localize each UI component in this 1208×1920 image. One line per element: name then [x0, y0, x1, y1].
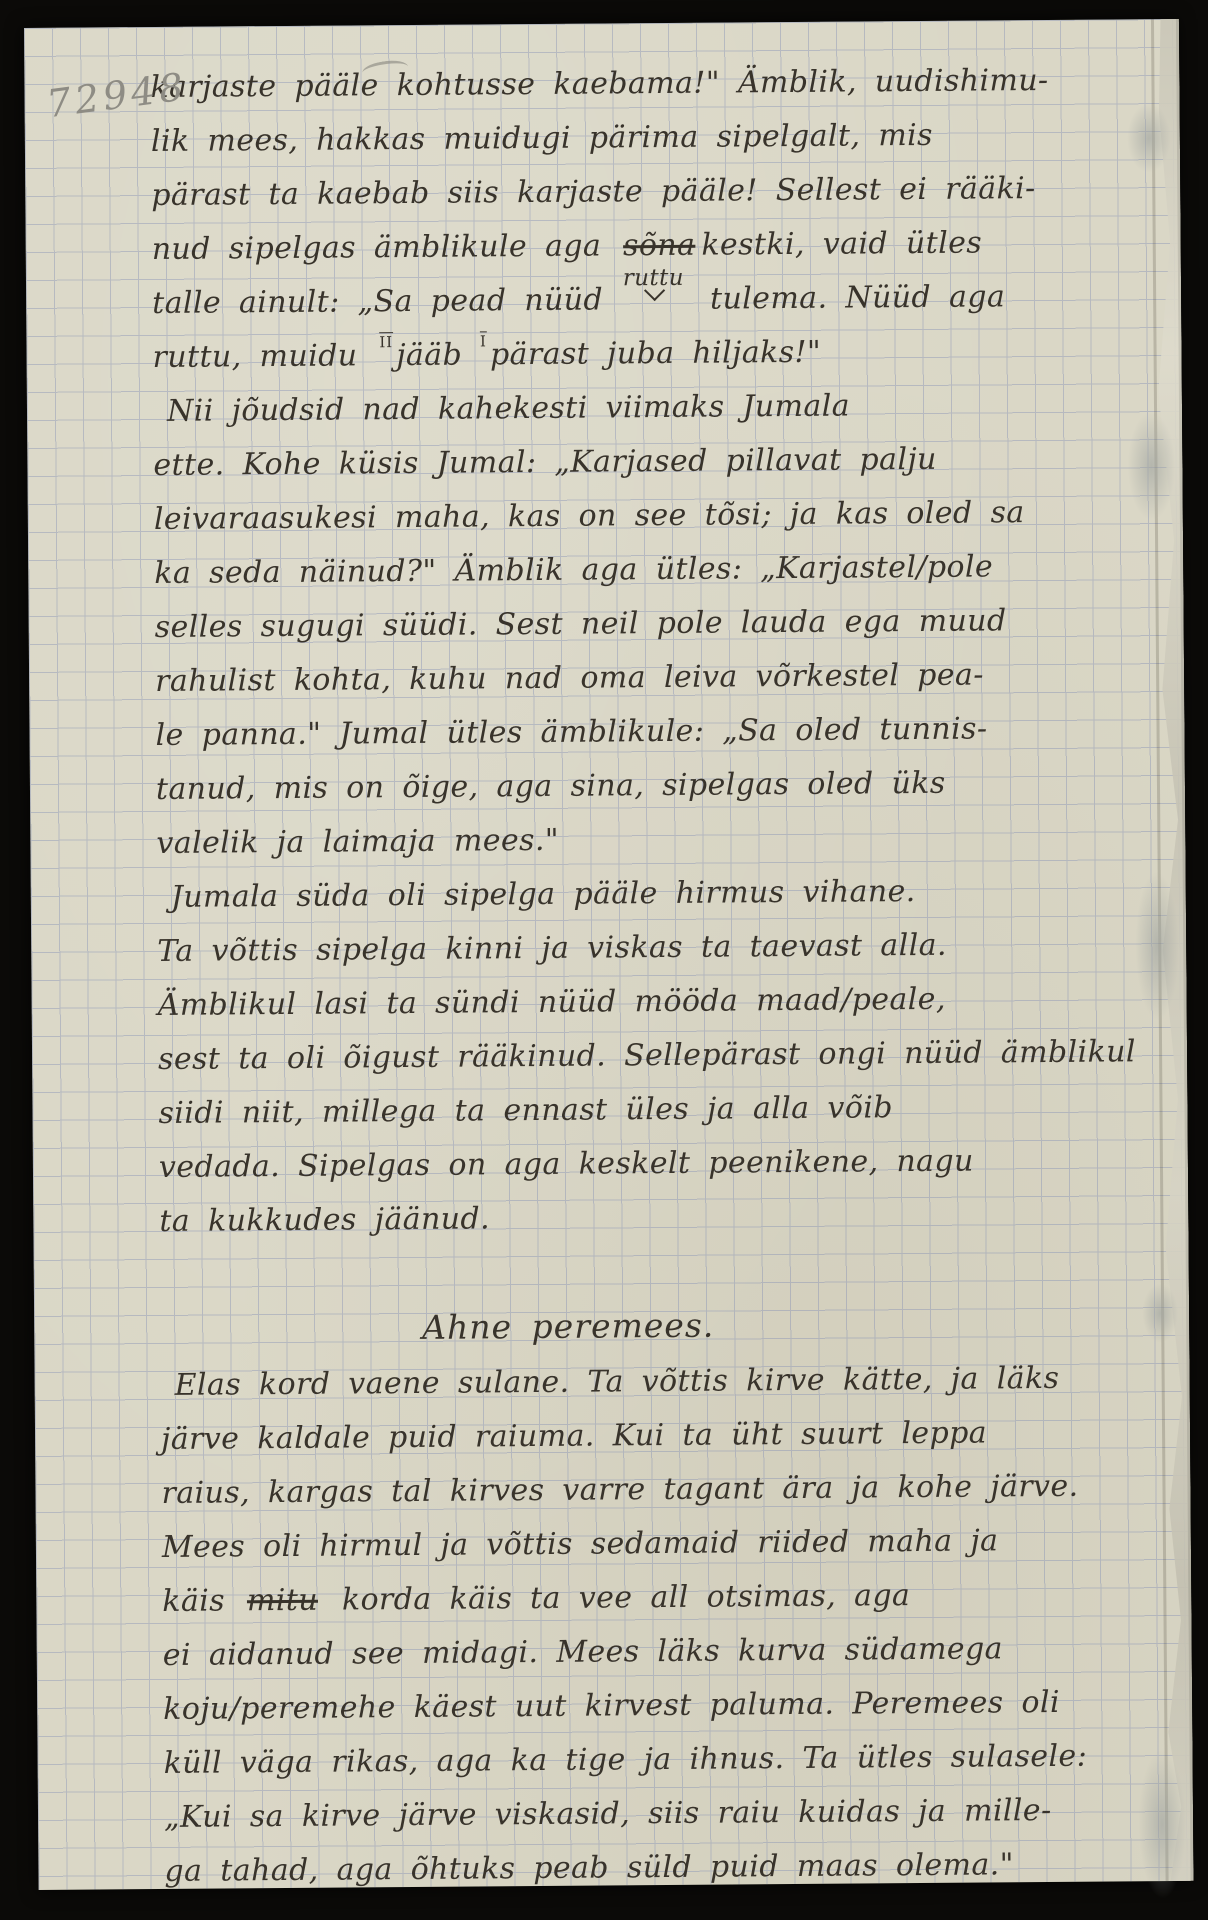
- manuscript-line: „Kui sa kirve järve viskasid, siis raiu …: [164, 1769, 1164, 1831]
- manuscript-line: Ta võttis sipelga kinni ja viskas ta tae…: [157, 903, 1157, 965]
- manuscript-line: Ämblikul lasi ta sündi nüüd mööda maad/p…: [157, 957, 1157, 1019]
- transpose-mark-i: I: [480, 332, 487, 350]
- manuscript-line: küll väga rikas, aga ka tige ja ihnus. T…: [163, 1715, 1163, 1777]
- manuscript-line: karjaste pääle kohtusse kaebama!" Ämblik…: [150, 39, 1150, 101]
- manuscript-line: käis mitu korda käis ta vee all otsimas,…: [162, 1553, 1162, 1615]
- manuscript-line: Elas kord vaene sulane. Ta võttis kirve …: [160, 1337, 1160, 1399]
- damage-patch: [1138, 1749, 1187, 1899]
- manuscript-line: rahulist kohta, kuhu nad oma leiva võrke…: [155, 633, 1155, 695]
- line-text-post: tulema. Nüüd aga: [692, 279, 1005, 316]
- line-text-pre: ta kukkudes jäänud.: [159, 1201, 490, 1239]
- manuscript-line: siidi niit, millega ta ennast üles ja al…: [158, 1065, 1158, 1127]
- damage-patch: [1127, 103, 1172, 173]
- manuscript-line: sest ta oli õigust rääkinud. Sellepärast…: [158, 1011, 1158, 1073]
- manuscript-line: ta kukkudes jäänud.: [159, 1173, 1159, 1235]
- manuscript-line: tanud, mis on õige, aga sina, sipelgas o…: [156, 741, 1156, 803]
- manuscript-line: ga tahad, aga õhtuks peab süld puid maas…: [164, 1823, 1164, 1885]
- manuscript-line: nud sipelgas ämblikule aga sõnakestki, v…: [151, 201, 1151, 263]
- manuscript-text: karjaste pääle kohtusse kaebama!" Ämblik…: [150, 39, 1164, 1885]
- scan-background: 72948 karjaste pääle kohtusse kaebama!" …: [0, 0, 1208, 1920]
- manuscript-line: Ahne peremees.: [160, 1283, 1160, 1345]
- damage-patch: [1135, 871, 1180, 1021]
- line-text-pre: ga tahad, aga õhtuks peab süld puid maas…: [164, 1847, 1014, 1889]
- manuscript-line: ka seda näinud?" Ämblik aga ütles: „Karj…: [154, 525, 1154, 587]
- transpose-mark-ii: II: [379, 333, 393, 351]
- damage-patch: [1142, 1283, 1178, 1343]
- damage-patch: [1127, 411, 1176, 521]
- manuscript-line: Nii jõudsid nad kahekesti viimaks Jumala: [153, 363, 1153, 425]
- manuscript-line: järve kaldale puid raiuma. Kui ta üht su…: [161, 1391, 1161, 1453]
- manuscript-line: ei aidanud see midagi. Mees läks kurva s…: [162, 1607, 1162, 1669]
- manuscript-line: raius, kargas tal kirves varre tagant är…: [161, 1445, 1161, 1507]
- manuscript-line: leivaraasukesi maha, kas on see tõsi; ja…: [154, 471, 1154, 533]
- manuscript-line: vedada. Sipelgas on aga keskelt peeniken…: [159, 1119, 1159, 1181]
- manuscript-line: talle ainult: „Sa pead nüüd ruttu tulema…: [152, 255, 1152, 317]
- inserted-word: ruttu: [621, 278, 686, 279]
- manuscript-page: 72948 karjaste pääle kohtusse kaebama!" …: [24, 19, 1191, 1890]
- manuscript-line: valelik ja laimaja mees.": [156, 795, 1156, 857]
- manuscript-line: ruttu, muidu IIjääb Ipärast juba hiljaks…: [152, 309, 1152, 371]
- manuscript-line: Jumala süda oli sipelga pääle hirmus vih…: [157, 849, 1157, 911]
- manuscript-line: ette. Kohe küsis Jumal: „Karjased pillav…: [153, 417, 1153, 479]
- manuscript-line: lik mees, hakkas muidugi pärima sipelgal…: [151, 93, 1151, 155]
- manuscript-line: Mees oli hirmul ja võttis sedamaid riide…: [162, 1499, 1162, 1561]
- manuscript-line: le panna." Jumal ütles ämblikule: „Sa ol…: [155, 687, 1155, 749]
- manuscript-line: koju/peremehe käest uut kirvest paluma. …: [163, 1661, 1163, 1723]
- manuscript-line: pärast ta kaebab siis karjaste pääle! Se…: [151, 147, 1151, 209]
- manuscript-line: selles sugugi süüdi. Sest neil pole laud…: [154, 579, 1154, 641]
- line-text-pre: vedada. Sipelgas on aga keskelt peeniken…: [159, 1144, 974, 1185]
